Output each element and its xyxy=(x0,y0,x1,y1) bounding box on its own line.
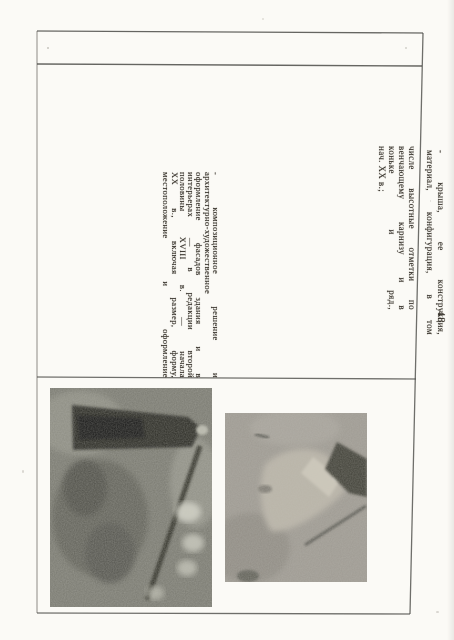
text-line: XX в., включая размер, форму, xyxy=(170,172,178,378)
table-divider-2 xyxy=(37,377,416,379)
text-line: половины XVIII в. — начала xyxy=(179,172,187,378)
photo2-film-grain xyxy=(225,413,367,582)
table-divider-1 xyxy=(37,64,422,66)
photo1-film-grain xyxy=(50,388,212,607)
scanned-page: - крыша, ее конструкция, материал, конфи… xyxy=(0,0,454,640)
table-cell-text-top: числе высотные отметки по венчающему кар… xyxy=(377,146,417,310)
text-line: - крыша, ее конструкция, xyxy=(436,150,447,335)
scan-speck xyxy=(47,47,49,49)
scan-speck xyxy=(430,200,431,202)
text-line: - композиционное решение и xyxy=(212,172,220,378)
photo-ground-fragment xyxy=(225,413,367,582)
text-line: коньке и ряд., xyxy=(387,146,397,310)
scan-speck xyxy=(405,47,407,49)
table-border-top xyxy=(37,31,423,33)
scan-speck xyxy=(22,470,24,473)
page-edge-shading xyxy=(447,0,454,640)
text-line: венчающему карнизу и в xyxy=(397,146,407,310)
text-line: интерьерах — в редакции второй xyxy=(187,172,195,378)
scan-speck xyxy=(262,18,264,20)
paragraph-above-table: - крыша, ее конструкция, материал, конфи… xyxy=(425,150,446,335)
page-number: 48 xyxy=(434,311,447,333)
text-line: оформление фасадов здания и в xyxy=(195,172,203,378)
photo-wooden-structure xyxy=(50,388,212,607)
text-line: материал, конфигурация, в том xyxy=(425,150,436,335)
table-cell-text-main: - композиционное решение и архитектурно-… xyxy=(162,172,220,378)
text-line: местоположение и оформление xyxy=(162,172,170,378)
text-line: нач. XX в.; xyxy=(377,146,387,310)
table-border-right xyxy=(410,33,423,614)
table-border-bottom xyxy=(37,613,410,614)
scan-speck xyxy=(436,611,439,613)
text-line: числе высотные отметки по xyxy=(407,146,417,310)
